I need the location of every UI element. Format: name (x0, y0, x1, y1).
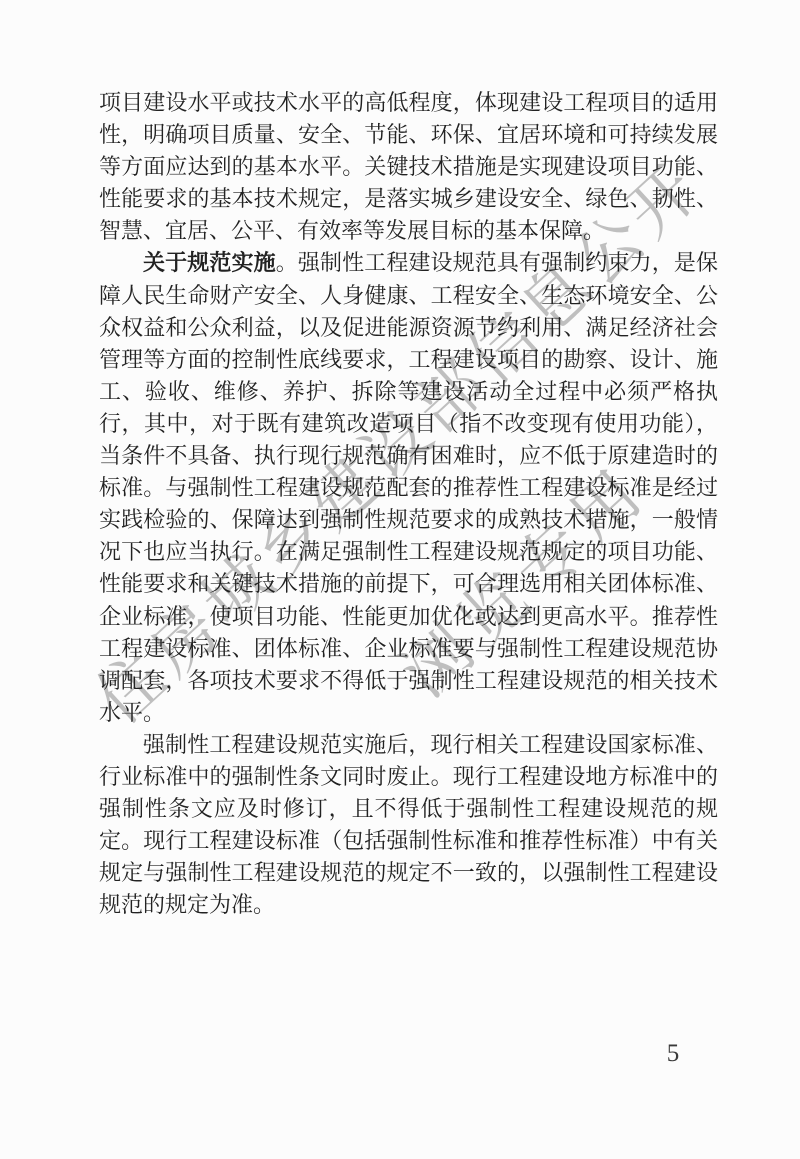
text-line: 强制性条文应及时修订，且不得低于强制性工程建设规范的规 (99, 793, 718, 825)
page-number: 5 (655, 1040, 691, 1068)
text-line: 性能要求的基本技术规定，是落实城乡建设安全、绿色、韧性、 (99, 183, 718, 215)
text-line: 性，明确项目质量、安全、节能、环保、宜居环境和可持续发展 (99, 119, 718, 151)
text-line: 企业标准，使项目功能、性能更加优化或达到更高水平。推荐性 (99, 601, 718, 633)
text-line: 等方面应达到的基本水平。关键技术措施是实现建设项目功能、 (99, 151, 718, 183)
text-line: 规范的规定为准。 (99, 889, 718, 921)
body-text: 项目建设水平或技术水平的高低程度，体现建设工程项目的适用性，明确项目质量、安全、… (99, 87, 718, 921)
text-line: 行业标准中的强制性条文同时废止。现行工程建设地方标准中的 (99, 761, 718, 793)
text-line: 调配套，各项技术要求不得低于强制性工程建设规范的相关技术 (99, 665, 718, 697)
text-line: 工程建设标准、团体标准、企业标准要与强制性工程建设规范协 (99, 633, 718, 665)
text-line: 行，其中，对于既有建筑改造项目（指不改变现有使用功能）， (99, 408, 718, 440)
text-line: 规定与强制性工程建设规范的规定不一致的，以强制性工程建设 (99, 857, 718, 889)
text-line: 强制性工程建设规范实施后，现行相关工程建设国家标准、 (99, 729, 718, 761)
text-line: 定。现行工程建设标准（包括强制性标准和推荐性标准）中有关 (99, 825, 718, 857)
text-line: 项目建设水平或技术水平的高低程度，体现建设工程项目的适用 (99, 87, 718, 119)
text-line: 标准。与强制性工程建设规范配套的推荐性工程建设标准是经过 (99, 472, 718, 504)
bold-lead: 关于规范实施 (143, 250, 276, 275)
text-line: 管理等方面的控制性底线要求，工程建设项目的勘察、设计、施 (99, 344, 718, 376)
text-line: 况下也应当执行。在满足强制性工程建设规范规定的项目功能、 (99, 536, 718, 568)
text-line: 众权益和公众利益，以及促进能源资源节约利用、满足经济社会 (99, 312, 718, 344)
text-line: 关于规范实施。强制性工程建设规范具有强制约束力，是保 (99, 247, 718, 279)
text-line: 水平。 (99, 697, 718, 729)
text-line: 工、验收、维修、养护、拆除等建设活动全过程中必须严格执 (99, 376, 718, 408)
document-page: 住房城乡建设部信息公开 浏览专用 项目建设水平或技术水平的高低程度，体现建设工程… (0, 0, 800, 1159)
text-line: 障人民生命财产安全、人身健康、工程安全、生态环境安全、公 (99, 280, 718, 312)
text-line: 智慧、宜居、公平、有效率等发展目标的基本保障。 (99, 215, 718, 247)
text-line: 实践检验的、保障达到强制性规范要求的成熟技术措施，一般情 (99, 504, 718, 536)
text-line: 当条件不具备、执行现行规范确有困难时，应不低于原建造时的 (99, 440, 718, 472)
text-line: 性能要求和关键技术措施的前提下，可合理选用相关团体标准、 (99, 568, 718, 600)
